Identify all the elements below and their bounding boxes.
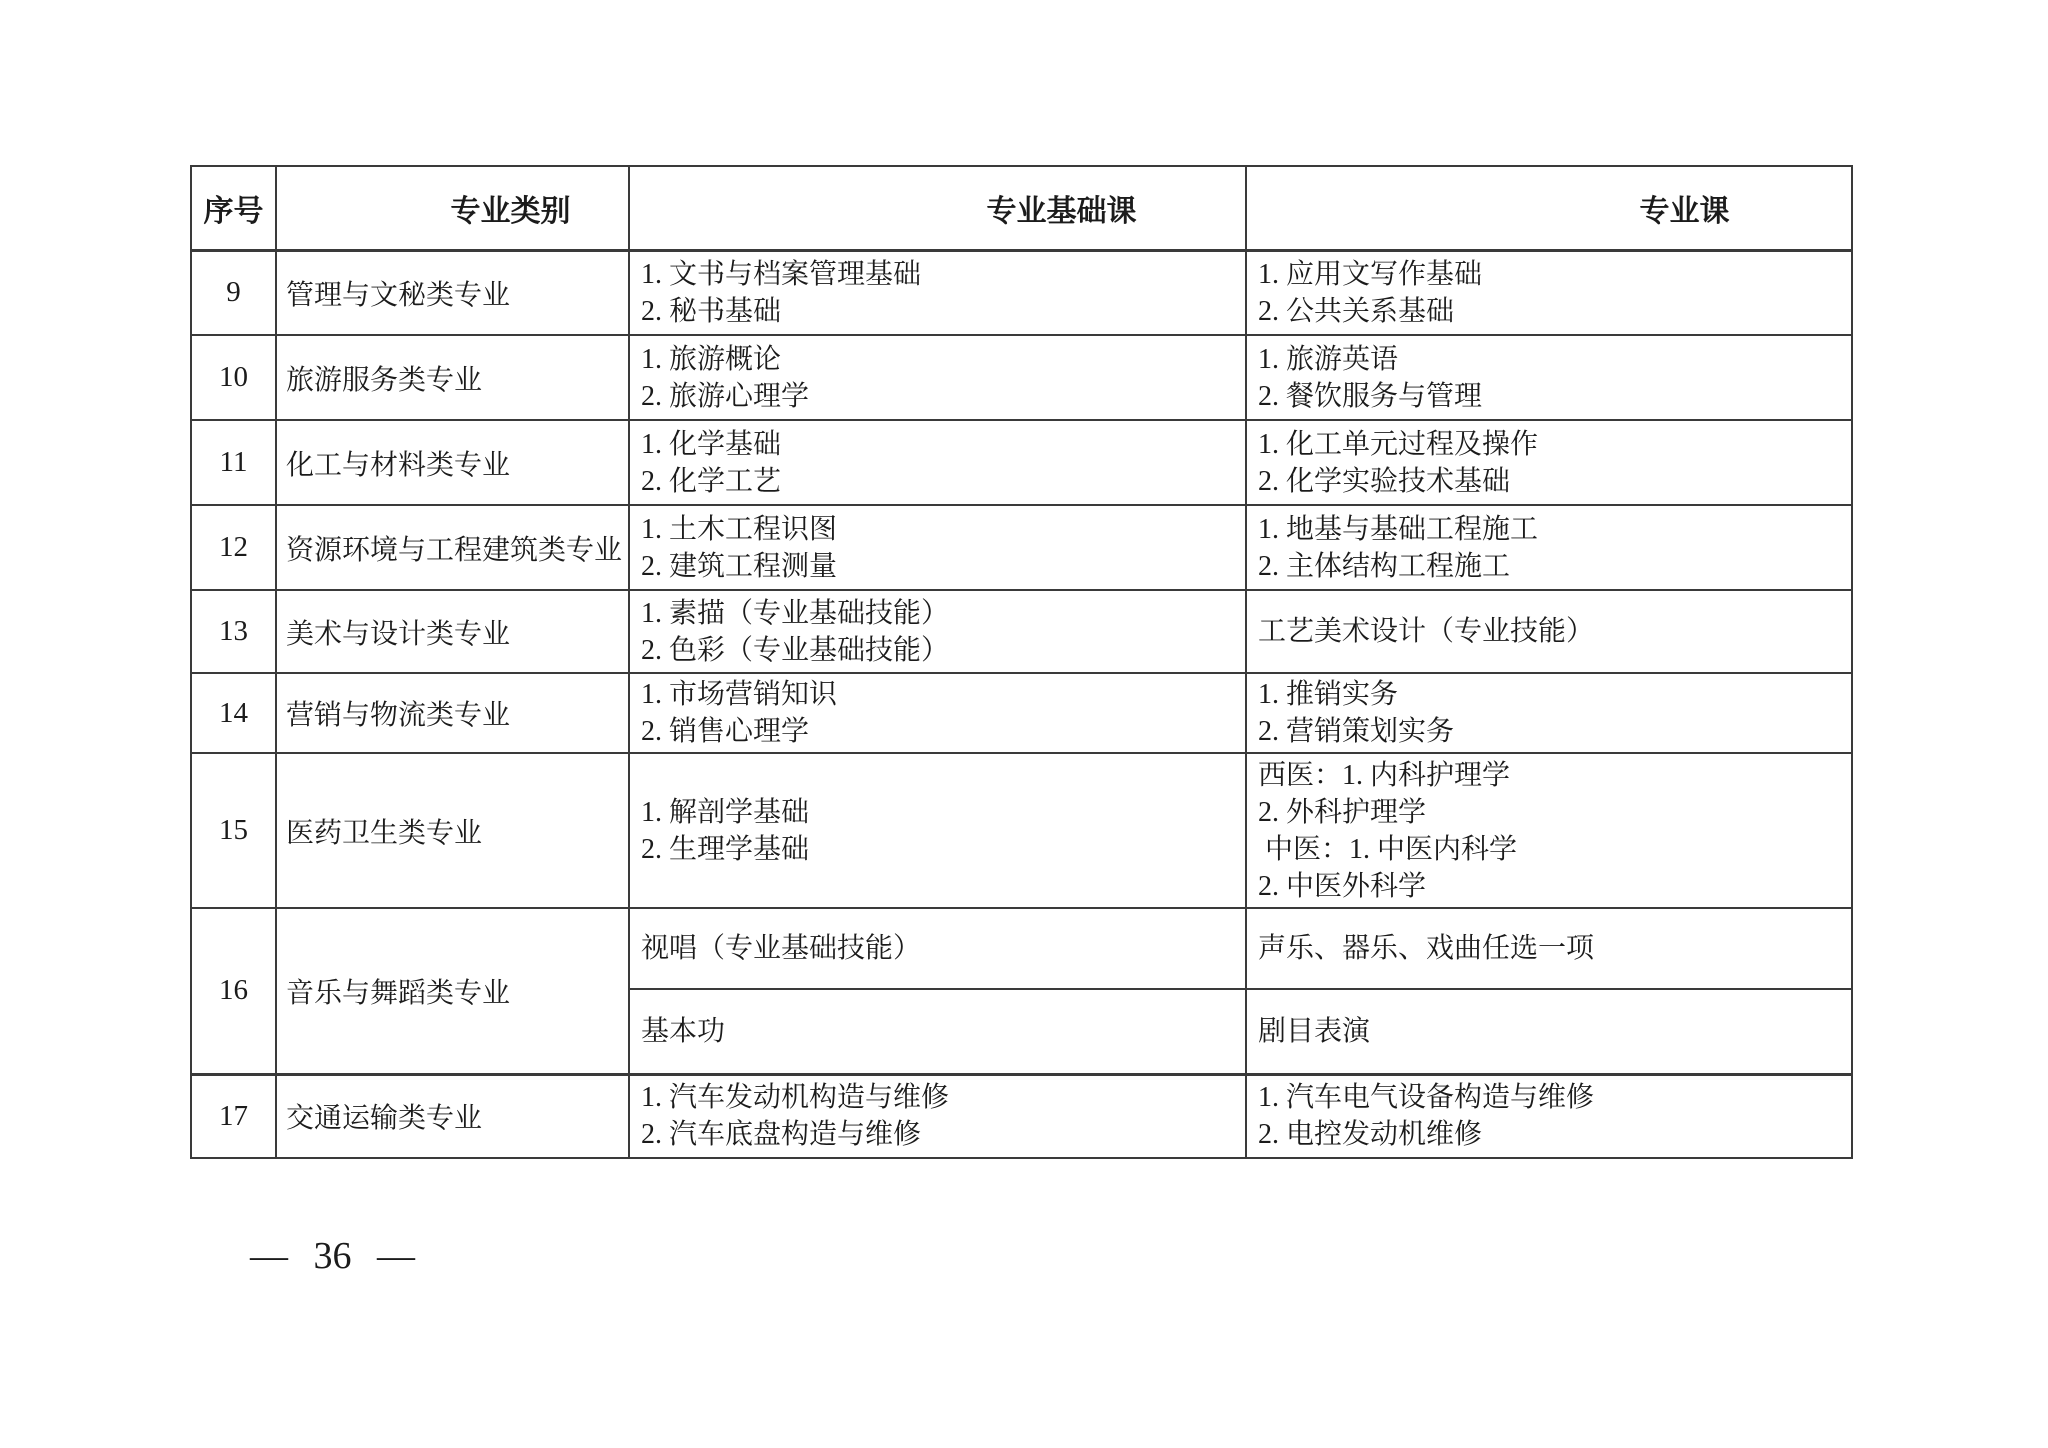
course-line: 基本功 bbox=[641, 1013, 1245, 1050]
course-line: 2. 电控发动机维修 bbox=[1258, 1116, 1851, 1153]
course-line: 1. 文书与档案管理基础 bbox=[641, 256, 1245, 293]
basic-courses-cell: 1. 化学基础 2. 化学工艺 bbox=[629, 420, 1246, 505]
course-line: 1. 化工单元过程及操作 bbox=[1258, 426, 1851, 463]
course-line: 1. 化学基础 bbox=[641, 426, 1245, 463]
table-row: 10 旅游服务类专业 1. 旅游概论 2. 旅游心理学 1. 旅游英语 2. 餐… bbox=[191, 335, 1852, 420]
major-courses-cell: 1. 应用文写作基础 2. 公共关系基础 bbox=[1246, 250, 1852, 335]
course-line: 2. 生理学基础 bbox=[641, 831, 1245, 868]
header-major-courses: 专业课 bbox=[1246, 166, 1852, 250]
course-line: 2. 秘书基础 bbox=[641, 293, 1245, 330]
course-line: 1. 素描（专业基础技能） bbox=[641, 595, 1245, 632]
course-line: 剧目表演 bbox=[1258, 1013, 1851, 1050]
course-line: 2. 旅游心理学 bbox=[641, 378, 1245, 415]
major-courses-cell: 1. 汽车电气设备构造与维修 2. 电控发动机维修 bbox=[1246, 1074, 1852, 1158]
basic-courses-cell: 视唱（专业基础技能） bbox=[629, 908, 1246, 989]
major-courses-cell: 剧目表演 bbox=[1246, 989, 1852, 1074]
category-cell: 医药卫生类专业 bbox=[276, 753, 629, 908]
course-line: 1. 土木工程识图 bbox=[641, 511, 1245, 548]
major-courses-cell: 西医：1. 内科护理学 2. 外科护理学 中医：1. 中医内科学 2. 中医外科… bbox=[1246, 753, 1852, 908]
course-line: 1. 旅游英语 bbox=[1258, 341, 1851, 378]
course-line: 2. 外科护理学 bbox=[1258, 794, 1851, 831]
course-line: 1. 汽车电气设备构造与维修 bbox=[1258, 1079, 1851, 1116]
row-number: 9 bbox=[191, 250, 276, 335]
row-number: 17 bbox=[191, 1074, 276, 1158]
major-courses-cell: 1. 地基与基础工程施工 2. 主体结构工程施工 bbox=[1246, 505, 1852, 590]
course-table: 序号 专业类别 专业基础课 专业课 9 管理与文秘类专业 1. 文书与档案管理基… bbox=[190, 165, 1853, 1159]
major-courses-cell: 声乐、器乐、戏曲任选一项 bbox=[1246, 908, 1852, 989]
course-line: 西医：1. 内科护理学 bbox=[1258, 757, 1851, 794]
course-line: 2. 营销策划实务 bbox=[1258, 713, 1851, 750]
table-row: 14 营销与物流类专业 1. 市场营销知识 2. 销售心理学 1. 推销实务 2… bbox=[191, 673, 1852, 753]
course-line: 中医：1. 中医内科学 bbox=[1258, 831, 1851, 868]
course-line: 2. 建筑工程测量 bbox=[641, 548, 1245, 585]
basic-courses-cell: 1. 解剖学基础 2. 生理学基础 bbox=[629, 753, 1246, 908]
row-number: 16 bbox=[191, 908, 276, 1074]
major-courses-cell: 1. 化工单元过程及操作 2. 化学实验技术基础 bbox=[1246, 420, 1852, 505]
document-page: 序号 专业类别 专业基础课 专业课 9 管理与文秘类专业 1. 文书与档案管理基… bbox=[0, 0, 2048, 1448]
category-cell: 美术与设计类专业 bbox=[276, 590, 629, 673]
course-line: 1. 解剖学基础 bbox=[641, 794, 1245, 831]
table-row: 11 化工与材料类专业 1. 化学基础 2. 化学工艺 1. 化工单元过程及操作… bbox=[191, 420, 1852, 505]
basic-courses-cell: 1. 文书与档案管理基础 2. 秘书基础 bbox=[629, 250, 1246, 335]
course-line: 1. 市场营销知识 bbox=[641, 676, 1245, 713]
page-number: — 36 — bbox=[250, 1234, 415, 1278]
course-line: 工艺美术设计（专业技能） bbox=[1258, 613, 1851, 650]
major-courses-cell: 1. 推销实务 2. 营销策划实务 bbox=[1246, 673, 1852, 753]
row-number: 12 bbox=[191, 505, 276, 590]
row-number: 11 bbox=[191, 420, 276, 505]
row-number: 13 bbox=[191, 590, 276, 673]
table-header-row: 序号 专业类别 专业基础课 专业课 bbox=[191, 166, 1852, 250]
header-major-category: 专业类别 bbox=[276, 166, 629, 250]
major-courses-cell: 工艺美术设计（专业技能） bbox=[1246, 590, 1852, 673]
category-cell: 化工与材料类专业 bbox=[276, 420, 629, 505]
course-line: 2. 中医外科学 bbox=[1258, 868, 1851, 905]
course-line: 视唱（专业基础技能） bbox=[641, 930, 1245, 967]
category-cell: 旅游服务类专业 bbox=[276, 335, 629, 420]
table-row: 9 管理与文秘类专业 1. 文书与档案管理基础 2. 秘书基础 1. 应用文写作… bbox=[191, 250, 1852, 335]
course-line: 2. 公共关系基础 bbox=[1258, 293, 1851, 330]
basic-courses-cell: 1. 汽车发动机构造与维修 2. 汽车底盘构造与维修 bbox=[629, 1074, 1246, 1158]
course-line: 2. 餐饮服务与管理 bbox=[1258, 378, 1851, 415]
category-cell: 营销与物流类专业 bbox=[276, 673, 629, 753]
table-row: 12 资源环境与工程建筑类专业 1. 土木工程识图 2. 建筑工程测量 1. 地… bbox=[191, 505, 1852, 590]
course-line: 1. 汽车发动机构造与维修 bbox=[641, 1079, 1245, 1116]
category-cell: 管理与文秘类专业 bbox=[276, 250, 629, 335]
course-line: 2. 色彩（专业基础技能） bbox=[641, 632, 1245, 669]
basic-courses-cell: 基本功 bbox=[629, 989, 1246, 1074]
course-line: 1. 推销实务 bbox=[1258, 676, 1851, 713]
course-line: 2. 主体结构工程施工 bbox=[1258, 548, 1851, 585]
course-line: 1. 地基与基础工程施工 bbox=[1258, 511, 1851, 548]
course-line: 2. 化学实验技术基础 bbox=[1258, 463, 1851, 500]
row-number: 14 bbox=[191, 673, 276, 753]
major-courses-cell: 1. 旅游英语 2. 餐饮服务与管理 bbox=[1246, 335, 1852, 420]
basic-courses-cell: 1. 土木工程识图 2. 建筑工程测量 bbox=[629, 505, 1246, 590]
course-line: 2. 销售心理学 bbox=[641, 713, 1245, 750]
row-number: 15 bbox=[191, 753, 276, 908]
category-cell: 资源环境与工程建筑类专业 bbox=[276, 505, 629, 590]
table-row: 16 音乐与舞蹈类专业 视唱（专业基础技能） 声乐、器乐、戏曲任选一项 bbox=[191, 908, 1852, 989]
header-basic-courses: 专业基础课 bbox=[629, 166, 1246, 250]
basic-courses-cell: 1. 素描（专业基础技能） 2. 色彩（专业基础技能） bbox=[629, 590, 1246, 673]
table-row: 15 医药卫生类专业 1. 解剖学基础 2. 生理学基础 西医：1. 内科护理学… bbox=[191, 753, 1852, 908]
course-line: 声乐、器乐、戏曲任选一项 bbox=[1258, 930, 1851, 967]
row-number: 10 bbox=[191, 335, 276, 420]
table-row: 17 交通运输类专业 1. 汽车发动机构造与维修 2. 汽车底盘构造与维修 1.… bbox=[191, 1074, 1852, 1158]
header-serial-number: 序号 bbox=[191, 166, 276, 250]
table-row: 13 美术与设计类专业 1. 素描（专业基础技能） 2. 色彩（专业基础技能） … bbox=[191, 590, 1852, 673]
course-line: 2. 化学工艺 bbox=[641, 463, 1245, 500]
basic-courses-cell: 1. 市场营销知识 2. 销售心理学 bbox=[629, 673, 1246, 753]
course-line: 2. 汽车底盘构造与维修 bbox=[641, 1116, 1245, 1153]
category-cell: 音乐与舞蹈类专业 bbox=[276, 908, 629, 1074]
course-line: 1. 旅游概论 bbox=[641, 341, 1245, 378]
category-cell: 交通运输类专业 bbox=[276, 1074, 629, 1158]
basic-courses-cell: 1. 旅游概论 2. 旅游心理学 bbox=[629, 335, 1246, 420]
course-line: 1. 应用文写作基础 bbox=[1258, 256, 1851, 293]
